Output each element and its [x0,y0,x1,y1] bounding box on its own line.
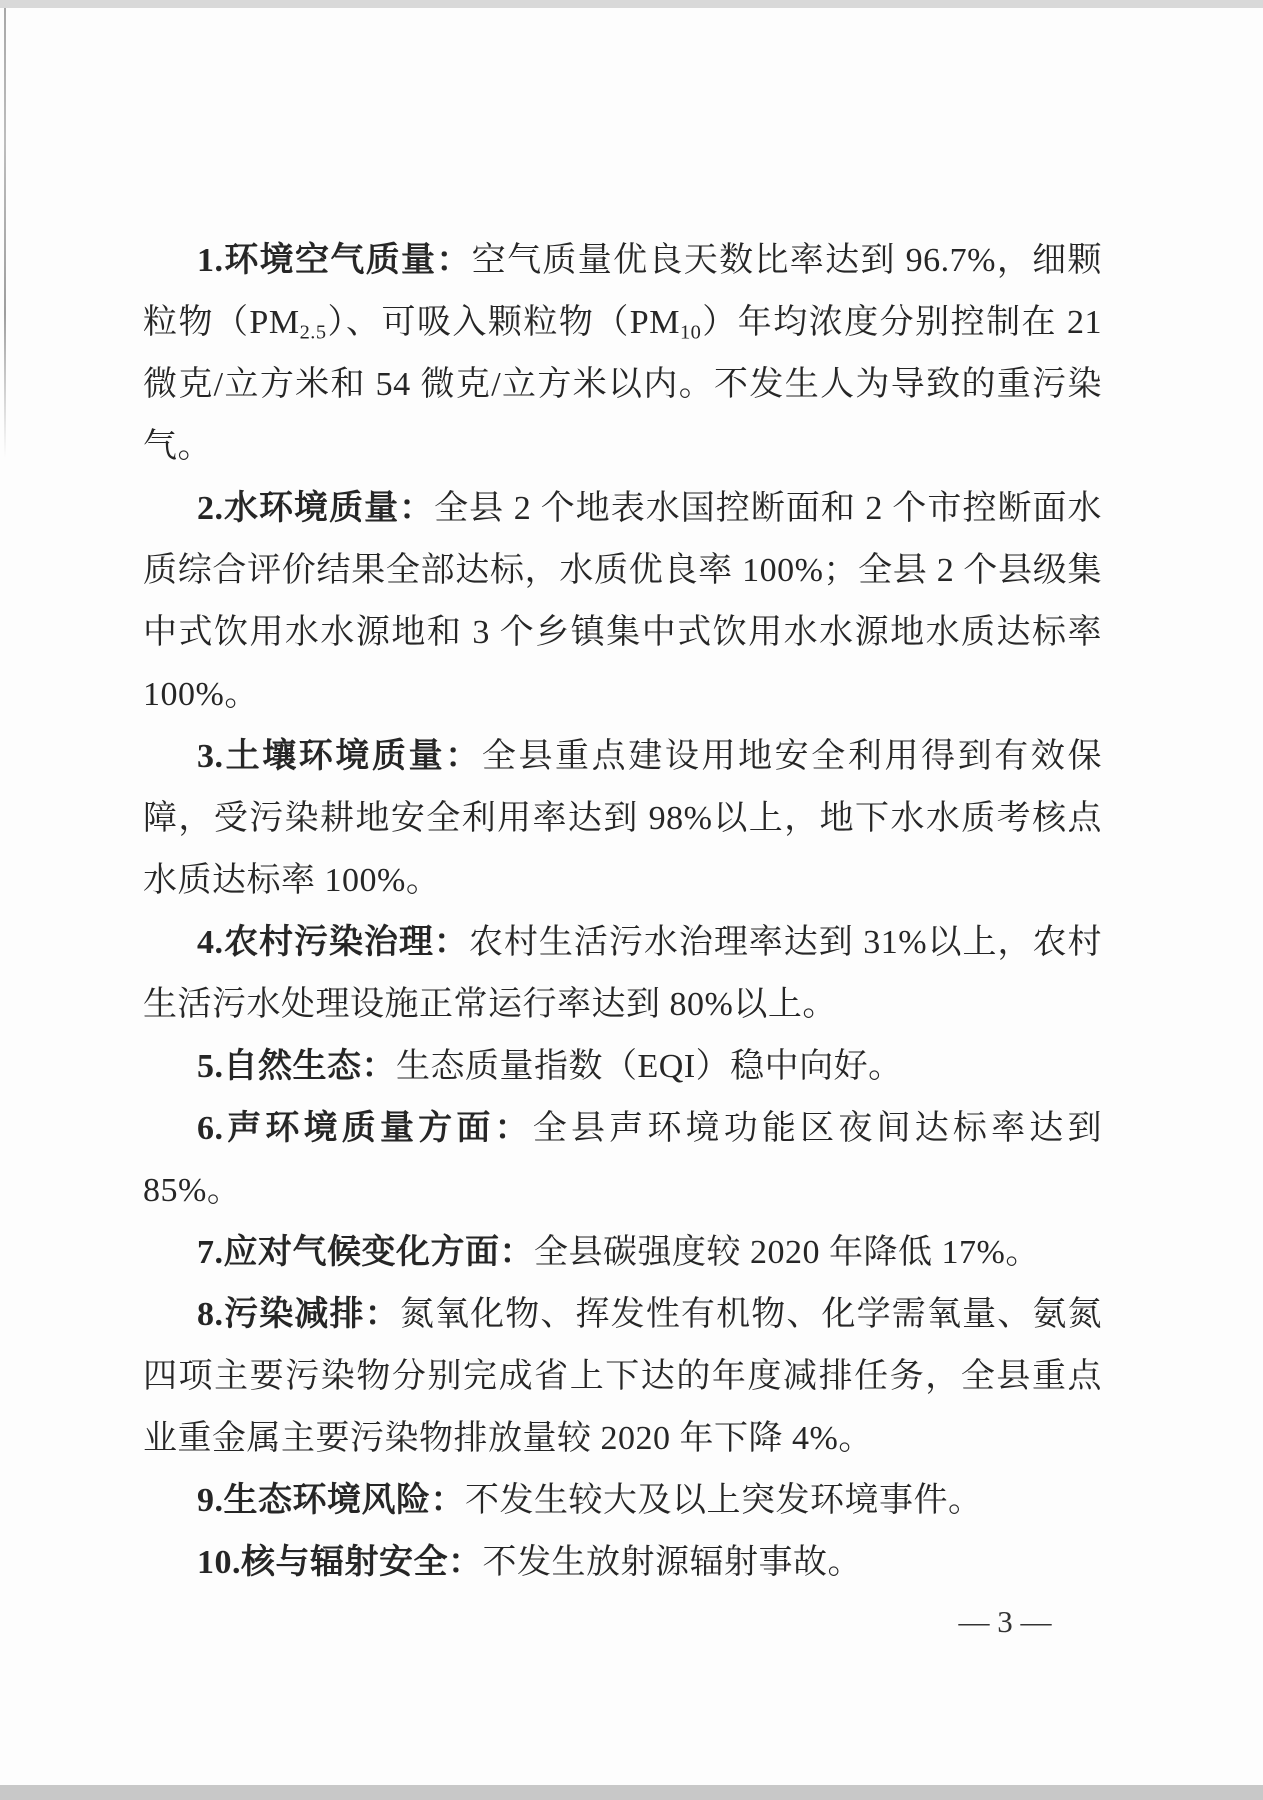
document-line: 85%。 [143,1160,1102,1222]
paragraph-heading: 4.农村污染治理： [197,924,469,961]
paragraph-7: 7.应对气候变化方面：全县碳强度较 2020 年降低 17%。 [143,1222,1102,1284]
document-line: 障，受污染耕地安全利用率达到 98%以上，地下水水质考核点位 [143,788,1102,850]
document-line: 中式饮用水水源地和 3 个乡镇集中式饮用水水源地水质达标率 [143,602,1102,664]
document-line: 气。 [143,416,1102,478]
paragraph-heading: 2.水环境质量： [197,490,434,527]
document-line: 8.污染减排：氮氧化物、挥发性有机物、化学需氧量、氨氮 [143,1284,1102,1346]
scan-artifact-top-strip [0,0,1263,8]
document-line: 6.声环境质量方面：全县声环境功能区夜间达标率达到 [143,1098,1102,1160]
document-line: 粒物（PM2.5）、可吸入颗粒物（PM10）年均浓度分别控制在 21 [143,292,1102,354]
document-line: 质综合评价结果全部达标，水质优良率 100%；全县 2 个县级集 [143,540,1102,602]
document-line: 四项主要污染物分别完成省上下达的年度减排任务，全县重点行 [143,1346,1102,1408]
document-line: 水质达标率 100%。 [143,850,1102,912]
document-line: 100%。 [143,664,1102,726]
paragraph-heading: 6.声环境质量方面： [197,1110,533,1147]
paragraph-heading: 7.应对气候变化方面： [197,1234,534,1271]
subscript: 2.5 [300,322,327,344]
document-line: 4.农村污染治理：农村生活污水治理率达到 31%以上，农村 [143,912,1102,974]
paragraph-3: 3.土壤环境质量：全县重点建设用地安全利用得到有效保障，受污染耕地安全利用率达到… [143,726,1102,912]
document-line: 生活污水处理设施正常运行率达到 80%以上。 [143,974,1102,1036]
paragraph-8: 8.污染减排：氮氧化物、挥发性有机物、化学需氧量、氨氮四项主要污染物分别完成省上… [143,1284,1102,1470]
paragraph-heading: 3.土壤环境质量： [197,738,482,775]
paragraph-heading: 5.自然生态： [197,1048,396,1085]
paragraph-9: 9.生态环境风险：不发生较大及以上突发环境事件。 [143,1470,1102,1532]
document-line: 7.应对气候变化方面：全县碳强度较 2020 年降低 17%。 [143,1222,1102,1284]
paragraph-2: 2.水环境质量：全县 2 个地表水国控断面和 2 个市控断面水质综合评价结果全部… [143,478,1102,726]
paragraph-heading: 8.污染减排： [197,1296,400,1333]
page-number: — 3 — [946,1598,1064,1646]
paragraph-1: 1.环境空气质量：空气质量优良天数比率达到 96.7%，细颗粒物（PM2.5）、… [143,230,1102,478]
scan-artifact-left-line [4,8,6,458]
scanned-page: 1.环境空气质量：空气质量优良天数比率达到 96.7%，细颗粒物（PM2.5）、… [0,0,1263,1800]
paragraph-4: 4.农村污染治理：农村生活污水治理率达到 31%以上，农村生活污水处理设施正常运… [143,912,1102,1036]
document-body: 1.环境空气质量：空气质量优良天数比率达到 96.7%，细颗粒物（PM2.5）、… [143,230,1102,1594]
scan-artifact-bottom-strip [0,1785,1263,1800]
document-line: 3.土壤环境质量：全县重点建设用地安全利用得到有效保 [143,726,1102,788]
subscript: 10 [680,322,701,344]
paragraph-heading: 9.生态环境风险： [197,1482,465,1519]
paragraph-6: 6.声环境质量方面：全县声环境功能区夜间达标率达到85%。 [143,1098,1102,1222]
document-line: 微克/立方米和 54 微克/立方米以内。不发生人为导致的重污染天 [143,354,1102,416]
paragraph-5: 5.自然生态：生态质量指数（EQI）稳中向好。 [143,1036,1102,1098]
paragraph-heading: 1.环境空气质量： [197,242,472,279]
document-line: 2.水环境质量：全县 2 个地表水国控断面和 2 个市控断面水 [143,478,1102,540]
document-line: 业重金属主要污染物排放量较 2020 年下降 4%。 [143,1408,1102,1470]
paragraph-10: 10.核与辐射安全：不发生放射源辐射事故。 [143,1532,1102,1594]
document-line: 1.环境空气质量：空气质量优良天数比率达到 96.7%，细颗 [143,230,1102,292]
document-line: 5.自然生态：生态质量指数（EQI）稳中向好。 [143,1036,1102,1098]
paragraph-heading: 10.核与辐射安全： [197,1544,483,1581]
document-line: 10.核与辐射安全：不发生放射源辐射事故。 [143,1532,1102,1594]
document-line: 9.生态环境风险：不发生较大及以上突发环境事件。 [143,1470,1102,1532]
